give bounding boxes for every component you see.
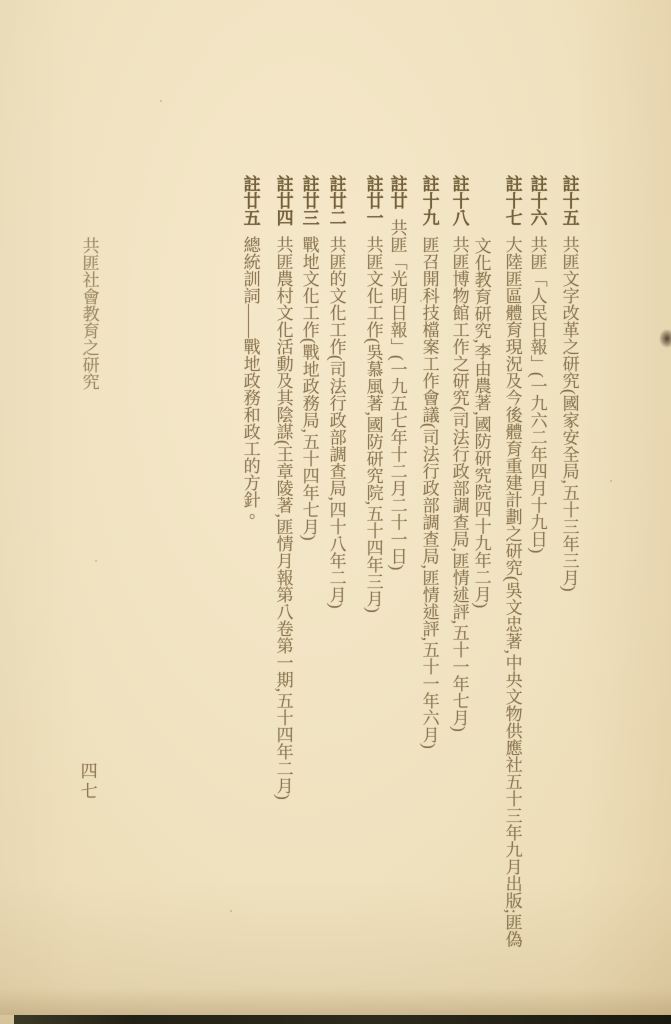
paper-smudge	[659, 329, 671, 348]
note-column-17: 註十七大陸匪區體育現況及今後體育重建計劃之研究(吳文忠著,中央文物供應社五十三年…	[499, 175, 524, 948]
page-number: 四七	[74, 762, 99, 802]
note-column-15: 註十五共匪文字改革之研究(國家安全局,五十三年三月)	[556, 175, 581, 592]
note-number-label: 註廿二	[323, 175, 348, 226]
note-text: 共匪「人民日報」(一九六二年四月十九日)	[524, 236, 549, 553]
note-column-18: 註十八共匪博物館工作之研究(司法行政部調查局,匪情述評,五十一年七月)	[446, 175, 471, 732]
note-column-21: 註廿一共匪文化工作(吳慕風著,國防研究院,五十四年三月)	[360, 175, 385, 613]
note-number-label: 註十七	[499, 175, 524, 226]
paper-speck	[420, 300, 422, 302]
note-text: 戰地文化工作(戰地政務局,五十四年七月)	[296, 236, 321, 541]
note-column-25: 註廿五總統訓詞——戰地政務和政工的方針。	[237, 175, 262, 525]
note-column-23: 註廿三戰地文化工作(戰地政務局,五十四年七月)	[296, 175, 321, 541]
note-text: 大陸匪區體育現況及今後體育重建計劃之研究(吳文忠著,中央文物供應社五十三年九月出…	[499, 236, 524, 948]
note-number-label: 註廿一	[360, 175, 385, 226]
paper-speck	[610, 480, 612, 482]
note-text: 總統訓詞——戰地政務和政工的方針。	[237, 236, 262, 525]
note-text: 共匪文字改革之研究(國家安全局,五十三年三月)	[556, 236, 581, 592]
note-column-19: 註十九匪召開科技檔案工作會議(司法行政部調查局,匪情述評,五十一年六月)	[416, 175, 441, 749]
note-number-label: 註廿五	[237, 175, 262, 226]
note-column-24: 註廿四共匪農村文化活動及其陰謀(王章陵著,匪情月報第八卷第一期,五十四年二月)	[270, 175, 295, 800]
note-column-20: 註廿共匪「光明日報」(一九五七年十二月二十一日)	[384, 175, 409, 570]
running-title: 共匪社會教育之研究	[76, 237, 101, 390]
note-number-label: 註廿	[384, 175, 409, 209]
note-text: 共匪文化工作(吳慕風著,國防研究院,五十四年三月)	[360, 236, 385, 613]
note-text: 共匪博物館工作之研究(司法行政部調查局,匪情述評,五十一年七月)	[446, 236, 471, 732]
note-text: 匪召開科技檔案工作會議(司法行政部調查局,匪情述評,五十一年六月)	[416, 236, 441, 749]
note-number-label: 註十八	[446, 175, 471, 226]
page-edge-dark-strip	[14, 1015, 671, 1024]
note-number-label: 註十五	[556, 175, 581, 226]
note-text-continued: 文化教育研究,李由農著,國防研究院四十九年二月)	[468, 237, 493, 608]
page-bottom-shadow	[0, 989, 671, 1015]
note-column-22: 註廿二共匪的文化工作(司法行政部調查局,四十八年二月)	[323, 175, 348, 609]
note-text: 共匪農村文化活動及其陰謀(王章陵著,匪情月報第八卷第一期,五十四年二月)	[270, 236, 295, 800]
note-text: 共匪「光明日報」(一九五七年十二月二十一日)	[384, 219, 409, 570]
note-number-label: 註廿四	[270, 175, 295, 226]
note-column-17-continuation: 文化教育研究,李由農著,國防研究院四十九年二月)	[468, 237, 493, 608]
note-text: 共匪的文化工作(司法行政部調查局,四十八年二月)	[323, 236, 348, 609]
paper-speck	[95, 560, 97, 562]
note-number-label: 註十九	[416, 175, 441, 226]
paper-speck	[160, 100, 162, 102]
note-column-16: 註十六共匪「人民日報」(一九六二年四月十九日)	[524, 175, 549, 553]
scanned-page: 註十五共匪文字改革之研究(國家安全局,五十三年三月) 註十六共匪「人民日報」(一…	[0, 0, 671, 1024]
paper-speck	[230, 910, 232, 912]
note-number-label: 註十六	[524, 175, 549, 226]
paper-speck	[520, 760, 522, 762]
note-number-label: 註廿三	[296, 175, 321, 226]
